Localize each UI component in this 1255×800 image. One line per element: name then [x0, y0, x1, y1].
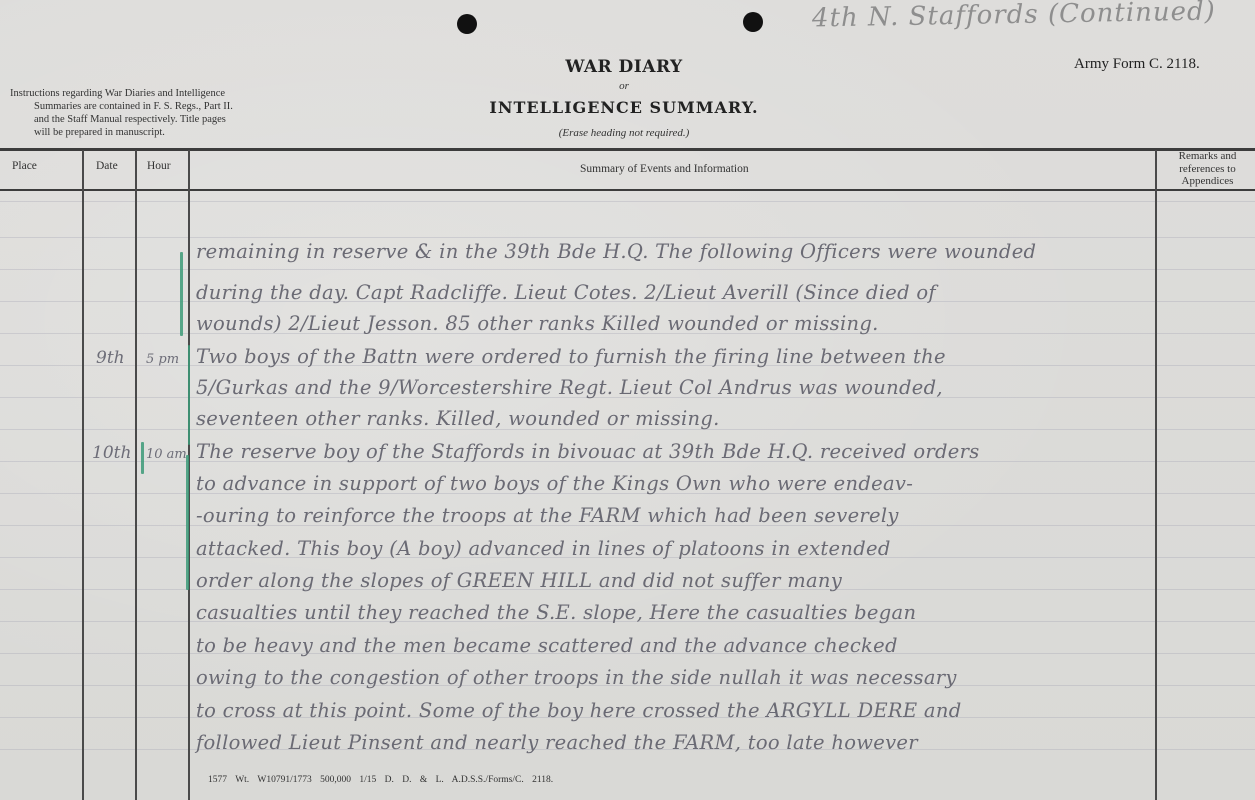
handwritten-unit-header: 4th N. Staffords (Continued) — [812, 0, 1216, 34]
summary-line: 5/Gurkas and the 9/Worcestershire Regt. … — [196, 376, 943, 399]
summary-line: to advance in support of two boys of the… — [196, 472, 913, 495]
summary-line: order along the slopes of GREEN HILL and… — [196, 569, 842, 592]
punch-hole-left — [457, 14, 477, 34]
summary-line: to be heavy and the men became scattered… — [196, 634, 898, 657]
title-intelligence-summary: INTELLIGENCE SUMMARY. — [0, 98, 1248, 117]
column-divider-date-hour — [135, 150, 137, 800]
green-margin-mark — [188, 345, 190, 445]
summary-line: The reserve boy of the Staffords in bivo… — [196, 440, 980, 463]
title-war-diary: WAR DIARY — [0, 57, 1248, 77]
punch-hole-right — [743, 12, 763, 32]
summary-line: casualties until they reached the S.E. s… — [196, 601, 916, 624]
entry-hour: 5 pm — [146, 352, 179, 367]
summary-line: followed Lieut Pinsent and nearly reache… — [196, 731, 918, 754]
summary-line: seventeen other ranks. Killed, wounded o… — [196, 407, 720, 430]
summary-line: -ouring to reinforce the troops at the F… — [196, 504, 899, 527]
title-erase-note: (Erase heading not required.) — [0, 127, 1248, 139]
war-diary-page: 4th N. Staffords (Continued) Army Form C… — [0, 0, 1255, 800]
remarks-header-line: Remarks and — [1160, 150, 1255, 163]
summary-line: during the day. Capt Radcliffe. Lieut Co… — [196, 281, 936, 304]
remarks-header-line: references to — [1160, 163, 1255, 176]
entry-hour: 10 am — [146, 447, 187, 462]
green-margin-mark — [141, 442, 144, 474]
summary-line: wounds) 2/Lieut Jesson. 85 other ranks K… — [196, 312, 879, 335]
column-divider-summary-remarks — [1155, 150, 1157, 800]
printer-imprint: 1577 Wt. W10791/1773 500,000 1/15 D. D. … — [208, 775, 553, 785]
summary-line: attacked. This boy (A boy) advanced in l… — [196, 537, 891, 560]
remarks-header-line: Appendices — [1160, 175, 1255, 188]
summary-line: remaining in reserve & in the 39th Bde H… — [196, 240, 1036, 263]
green-margin-mark — [180, 252, 183, 336]
column-header-date: Date — [96, 160, 118, 172]
column-header-place: Place — [12, 160, 37, 172]
column-header-remarks: Remarks and references to Appendices — [1160, 150, 1255, 188]
title-or: or — [0, 80, 1248, 92]
column-divider-place-date — [82, 150, 84, 800]
green-margin-mark — [186, 455, 189, 590]
column-header-hour: Hour — [147, 160, 171, 172]
entry-date: 9th — [96, 348, 125, 368]
column-header-summary: Summary of Events and Information — [580, 163, 749, 175]
summary-line: to cross at this point. Some of the boy … — [196, 699, 962, 722]
entry-date: 10th — [92, 443, 131, 463]
summary-line: Two boys of the Battn were ordered to fu… — [196, 345, 946, 368]
summary-line: owing to the congestion of other troops … — [196, 666, 957, 689]
